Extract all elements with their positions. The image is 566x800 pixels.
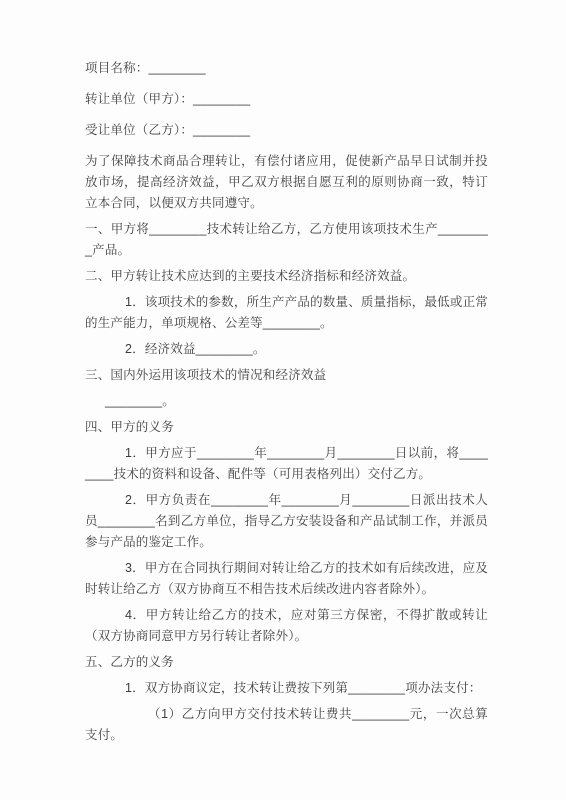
field-transferor-party-a: 转让单位（甲方）：________ xyxy=(85,89,488,110)
clause-5: 五、乙方的义务 xyxy=(85,652,488,673)
clause-4-item-1: 1．甲方应于________年________月________日以前，将___… xyxy=(85,443,488,485)
clause-3: 三、国内外运用该项技术的情况和经济效益 xyxy=(85,365,488,386)
clause-5-item-1: 1．双方协商议定，技术转让费按下列第________项办法支付： xyxy=(85,678,488,699)
clause-4-item-2: 2．甲方负责在________年________月________日派出技术人员… xyxy=(85,490,488,553)
clause-4: 四、甲方的义务 xyxy=(85,417,488,438)
clause-2-item-2: 2．经济效益________。 xyxy=(85,339,488,360)
clause-4-item-4: 4．甲方转让给乙方的技术，应对第三方保密，不得扩散或转让（双方协商同意甲方另行转… xyxy=(85,605,488,647)
clause-5-item-1-sub-1: （1）乙方向甲方交付技术转让费共________元，一次总算支付。 xyxy=(85,704,488,746)
clause-2: 二、甲方转让技术应达到的主要技术经济指标和经济效益。 xyxy=(85,266,488,287)
preamble: 为了保障技术商品合理转让，有偿付诸应用，促使新产品早日试制并投放市场，提高经济效… xyxy=(85,151,488,214)
clause-1: 一、甲方将________技术转让给乙方，乙方使用该项技术生产________产… xyxy=(85,219,488,261)
document-page: 项目名称：________ 转让单位（甲方）：________ 受让单位（乙方）… xyxy=(0,0,566,800)
clause-3-blank-line: ________。 xyxy=(85,391,488,412)
field-project-name: 项目名称：________ xyxy=(85,58,488,79)
clause-2-item-1: 1．该项技术的参数，所生产产品的数量、质量指标，最低或正常的生产能力，单项规格、… xyxy=(85,292,488,334)
clause-4-item-3: 3．甲方在合同执行期间对转让给乙方的技术如有后续改进，应及时转让给乙方（双方协商… xyxy=(85,558,488,600)
field-transferee-party-b: 受让单位（乙方）：________ xyxy=(85,120,488,141)
